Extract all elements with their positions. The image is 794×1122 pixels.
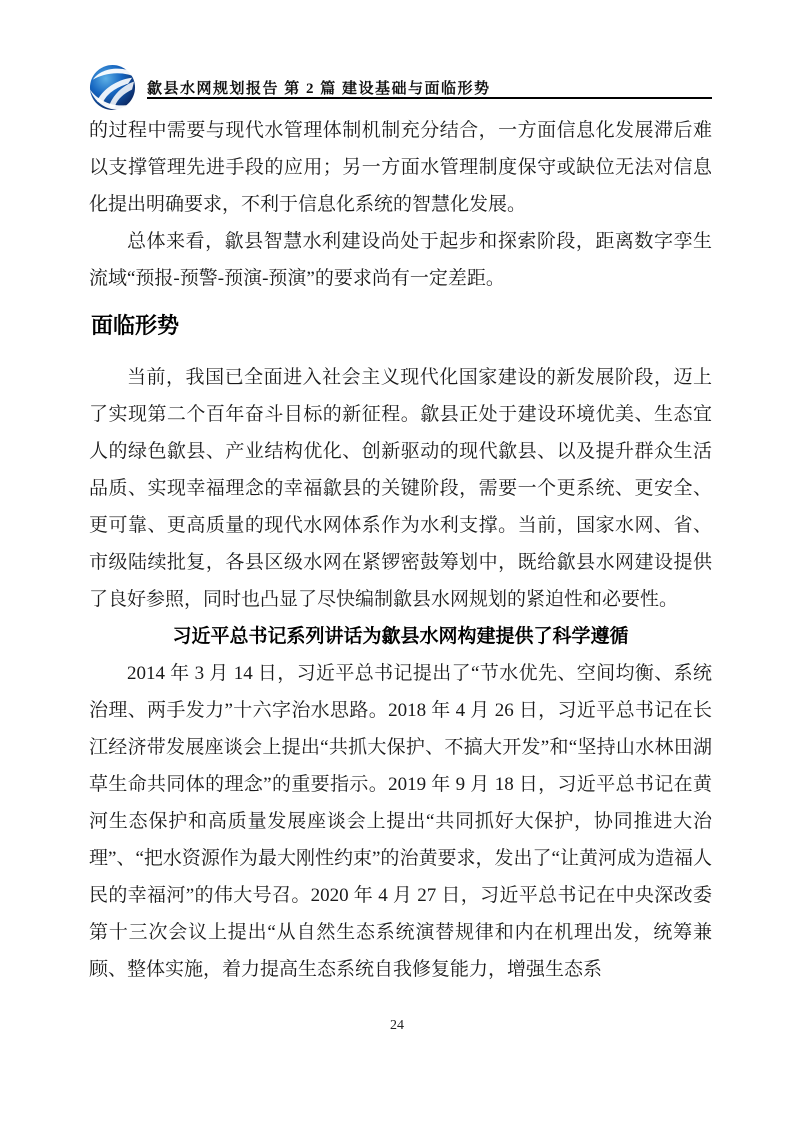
section-heading-situation: 面临形势 <box>91 311 712 341</box>
page-body: 的过程中需要与现代水管理体制机制充分结合，一方面信息化发展滞后难以支撑管理先进手… <box>89 112 712 988</box>
sub-heading-speeches: 习近平总书记系列讲话为歙县水网构建提供了科学遵循 <box>89 618 712 655</box>
page-footer: 24 <box>0 1018 794 1034</box>
water-network-logo-icon <box>89 64 136 111</box>
report-header-title: 歙县水网规划报告 第 2 篇 建设基础与面临形势 <box>147 77 491 98</box>
header-divider-line <box>147 97 712 99</box>
paragraph-current-stage: 当前，我国已全面进入社会主义现代化国家建设的新发展阶段，迈上了实现第二个百年奋斗… <box>89 359 712 618</box>
page-header: 歙县水网规划报告 第 2 篇 建设基础与面临形势 <box>89 60 712 112</box>
document-page: 歙县水网规划报告 第 2 篇 建设基础与面临形势 的过程中需要与现代水管理体制机… <box>0 0 794 1122</box>
paragraph-speech-timeline: 2014 年 3 月 14 日，习近平总书记提出了“节水优先、空间均衡、系统治理… <box>89 655 712 988</box>
paragraph-summary-gap: 总体来看，歙县智慧水利建设尚处于起步和探索阶段，距离数字孪生流域“预报-预警-预… <box>89 223 712 297</box>
paragraph-smart-water-issues: 的过程中需要与现代水管理体制机制充分结合，一方面信息化发展滞后难以支撑管理先进手… <box>89 112 712 223</box>
page-number: 24 <box>390 1018 404 1033</box>
